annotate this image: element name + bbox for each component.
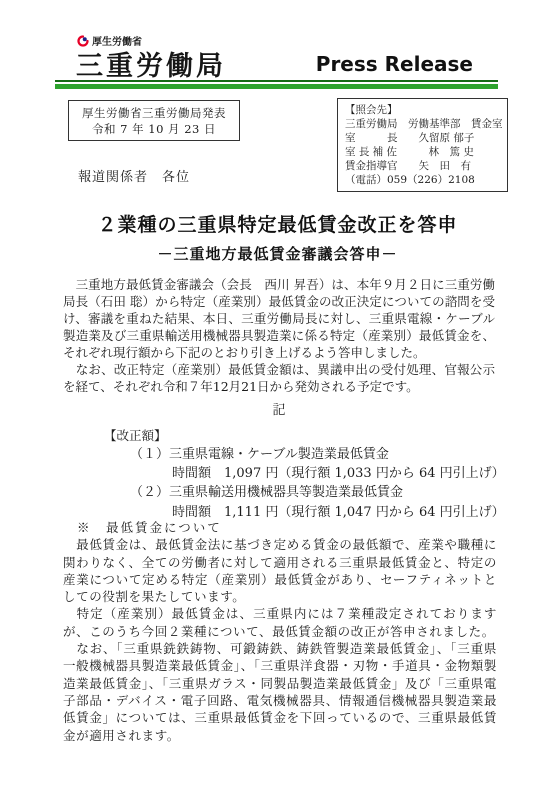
- minimum-wage-note: ※ 最低賃金について 最低賃金は、最低賃金法に基づき定める賃金の最低額で、産業や…: [63, 519, 497, 744]
- contact-phone: （電話）059（226）2108: [345, 174, 501, 188]
- note-paragraph-3: なお、「三重県銑鉄鋳物、可鍛鋳鉄、鋳鉄管製造業最低賃金」、「三重県一般機械器具製…: [63, 640, 497, 744]
- contact-line: 三重労働局 労働基準部 賃金室: [345, 118, 501, 132]
- revision-item-2-label: （２）三重県輸送用機械器具等製造業最低賃金: [130, 483, 510, 502]
- contact-line: 室 長 補 佐 林 篤 史: [345, 146, 501, 160]
- body-paragraph-2: なお、改正特定（産業別）最低賃金額は、異議申出の受付処理、官報公示を経て、それぞ…: [63, 361, 495, 395]
- revision-items: （１）三重県電線・ケーブル製造業最低賃金 時間額 1,097 円（現行額 1,0…: [130, 445, 510, 522]
- header-divider-thick: [55, 84, 498, 89]
- note-paragraph-2: 特定（産業別）最低賃金は、三重県内には７業種設定されておりますが、このうち今回２…: [63, 605, 497, 640]
- header-divider: [55, 80, 498, 89]
- contact-box-title: 【照会先】: [345, 104, 501, 118]
- body-text: 三重地方最低賃金審議会（会長 西川 昇吾）は、本年９月２日に三重労働局長（石田 …: [63, 276, 495, 395]
- note-paragraph-1: 最低賃金は、最低賃金法に基づき定める賃金の最低額で、産業や職種に関わりなく、全て…: [63, 536, 497, 605]
- issuer-line1: 厚生労働省三重労働局発表: [71, 105, 237, 121]
- press-release-label: Press Release: [308, 52, 473, 76]
- revision-item-1-label: （１）三重県電線・ケーブル製造業最低賃金: [130, 445, 510, 464]
- issuer-box: 厚生労働省三重労働局発表 令和 7 年 10 月 23 日: [68, 100, 240, 141]
- contact-box: 【照会先】 三重労働局 労働基準部 賃金室 室 長 久留原 郁子 室 長 補 佐…: [337, 98, 508, 192]
- ki-marker: 記: [63, 399, 495, 418]
- document-title-line2: －三重地方最低賃金審議会答申－: [0, 243, 555, 264]
- issuer-date: 令和 7 年 10 月 23 日: [71, 121, 237, 137]
- bureau-title: 三重労働局: [76, 44, 226, 83]
- contact-line: 室 長 久留原 郁子: [345, 132, 501, 146]
- revision-amount-label: 【改正額】: [104, 426, 167, 444]
- note-heading: ※ 最低賃金について: [63, 519, 497, 536]
- addressee: 報道関係者 各位: [78, 166, 190, 185]
- document-title: ２業種の三重県特定最低賃金改正を答申 －三重地方最低賃金審議会答申－: [0, 210, 555, 264]
- document-title-line1: ２業種の三重県特定最低賃金改正を答申: [0, 210, 555, 237]
- press-release-page: 厚生労働省 三重労働局 Press Release 厚生労働省三重労働局発表 令…: [0, 0, 555, 785]
- revision-item-1-amount: 時間額 1,097 円（現行額 1,033 円から 64 円引上げ）: [130, 464, 510, 483]
- contact-line: 賃金指導官 矢 田 有: [345, 160, 501, 174]
- body-paragraph-1: 三重地方最低賃金審議会（会長 西川 昇吾）は、本年９月２日に三重労働局長（石田 …: [63, 276, 495, 361]
